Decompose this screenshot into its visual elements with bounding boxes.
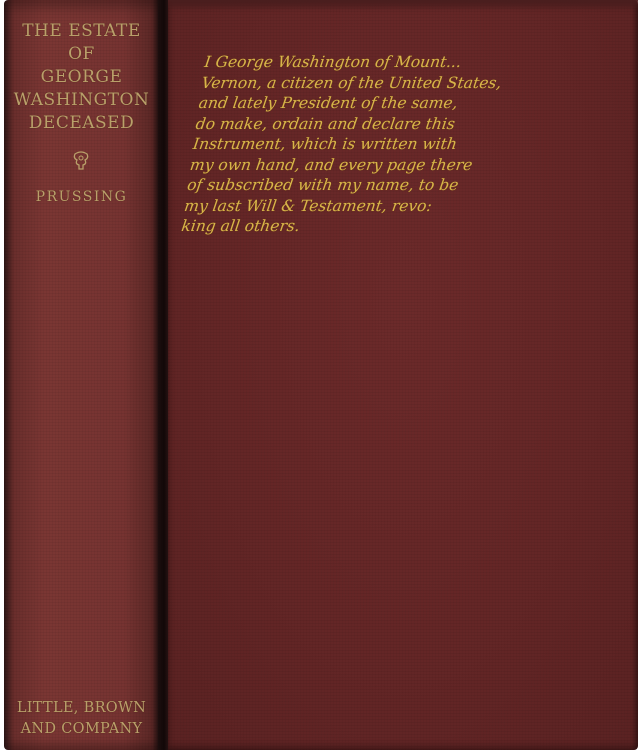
- inscription-line: I George Washington of Mount...: [203, 52, 596, 73]
- inscription-line: Instrument, which is written with: [192, 134, 585, 155]
- spine-title-line: THE ESTATE: [4, 20, 159, 43]
- inscription-line: king all others.: [180, 216, 573, 237]
- inscription-line: Vernon, a citizen of the United States,: [200, 73, 593, 94]
- inscription-line: and lately President of the same,: [197, 93, 590, 114]
- inscription-line: my own hand, and every page there: [189, 155, 582, 176]
- publisher-emblem-icon: [72, 150, 90, 170]
- spine-title-line: OF: [4, 43, 159, 66]
- handwritten-inscription: I George Washington of Mount... Vernon, …: [180, 52, 596, 237]
- spine-title-line: GEORGE: [4, 66, 159, 89]
- spine-title-line: DECEASED: [4, 112, 159, 135]
- spine-title-line: WASHINGTON: [4, 89, 159, 112]
- inscription-line: do make, ordain and declare this: [194, 114, 587, 135]
- spine-publisher-line: AND COMPANY: [4, 719, 159, 740]
- spine-publisher: LITTLE, BROWN AND COMPANY: [4, 698, 159, 740]
- spine-publisher-line: LITTLE, BROWN: [4, 698, 159, 719]
- front-cover: I George Washington of Mount... Vernon, …: [168, 0, 638, 750]
- book-spine: THE ESTATE OF GEORGE WASHINGTON DECEASED…: [4, 0, 159, 750]
- book-photo: THE ESTATE OF GEORGE WASHINGTON DECEASED…: [0, 0, 640, 750]
- inscription-line: my last Will & Testament, revo:: [183, 196, 576, 217]
- spine-title: THE ESTATE OF GEORGE WASHINGTON DECEASED: [4, 20, 159, 135]
- cover-top-edge: [168, 0, 638, 10]
- spine-author: PRUSSING: [4, 189, 159, 205]
- inscription-line: of subscribed with my name, to be: [186, 175, 579, 196]
